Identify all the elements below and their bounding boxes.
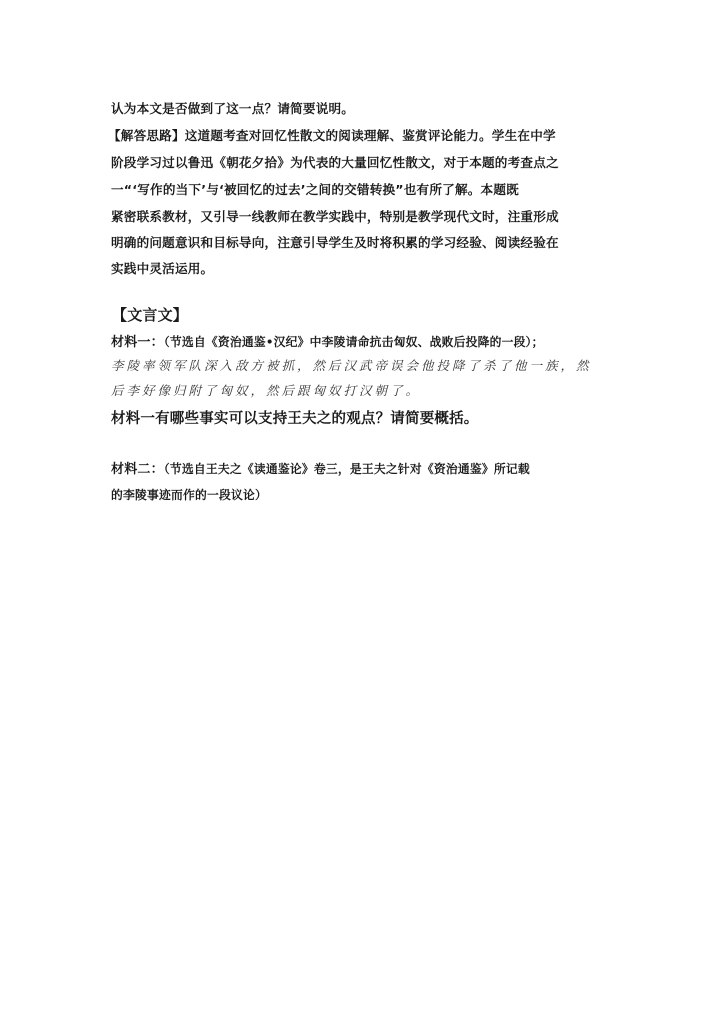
handwritten-answer-line-1: 李陵率领军队深入敌方被抓，然后汉武帝误会他投降了杀了他一族，然 (111, 356, 592, 374)
material1-label: 材料一： (111, 335, 164, 350)
answer-approach-line-3: 一“‘写作的当下’与‘被回忆的过去’之间的交错转换”也有所了解。本题既 (111, 179, 519, 198)
material2-label: 材料二： (111, 462, 164, 477)
section-title-classical-chinese: 【文言文】 (112, 304, 188, 325)
answer-approach-line-1: 【解答思路】这道题考查对回忆性散文的阅读理解、鉴赏评论能力。学生在中学 (108, 125, 556, 144)
answer-approach-line-5: 明确的问题意识和目标导向，注意引导学生及时将积累的学习经验、阅读经验在 (111, 232, 559, 251)
handwritten-answer-line-2: 后李好像归附了匈奴，然后跟匈奴打汉朝了。 (111, 381, 421, 399)
material2-source-line-2: 的李陵事迹而作的一段议论） (111, 486, 267, 503)
material2-source-line-1: （节选自王夫之《读通鉴论》卷三，是王夫之针对《资治通鉴》所记载 (164, 462, 530, 476)
material1-source: （节选自《资治通鉴•汉纪》中李陵请命抗击匈奴、战败后投降的一段）； (164, 335, 544, 349)
answer-approach-line-4: 紧密联系教材，又引导一线教师在教学实践中，特别是教学现代文时，注重形成 (111, 206, 559, 225)
intro-line-1: 认为本文是否做到了这一点？请简要说明。 (111, 98, 354, 117)
material1-header: 材料一：（节选自《资治通鉴•汉纪》中李陵请命抗击匈奴、战败后投降的一段）； (111, 331, 544, 350)
answer-approach-line-2: 阶段学习过以鲁迅《朝花夕拾》为代表的大量回忆性散文，对于本题的考查点之 (111, 152, 559, 171)
material1-question: 材料一有哪些事实可以支持王夫之的观点？请简要概括。 (111, 407, 479, 428)
answer-approach-line-6: 实践中灵活运用。 (111, 258, 213, 277)
material2-header: 材料二：（节选自王夫之《读通鉴论》卷三，是王夫之针对《资治通鉴》所记载 (111, 458, 530, 477)
